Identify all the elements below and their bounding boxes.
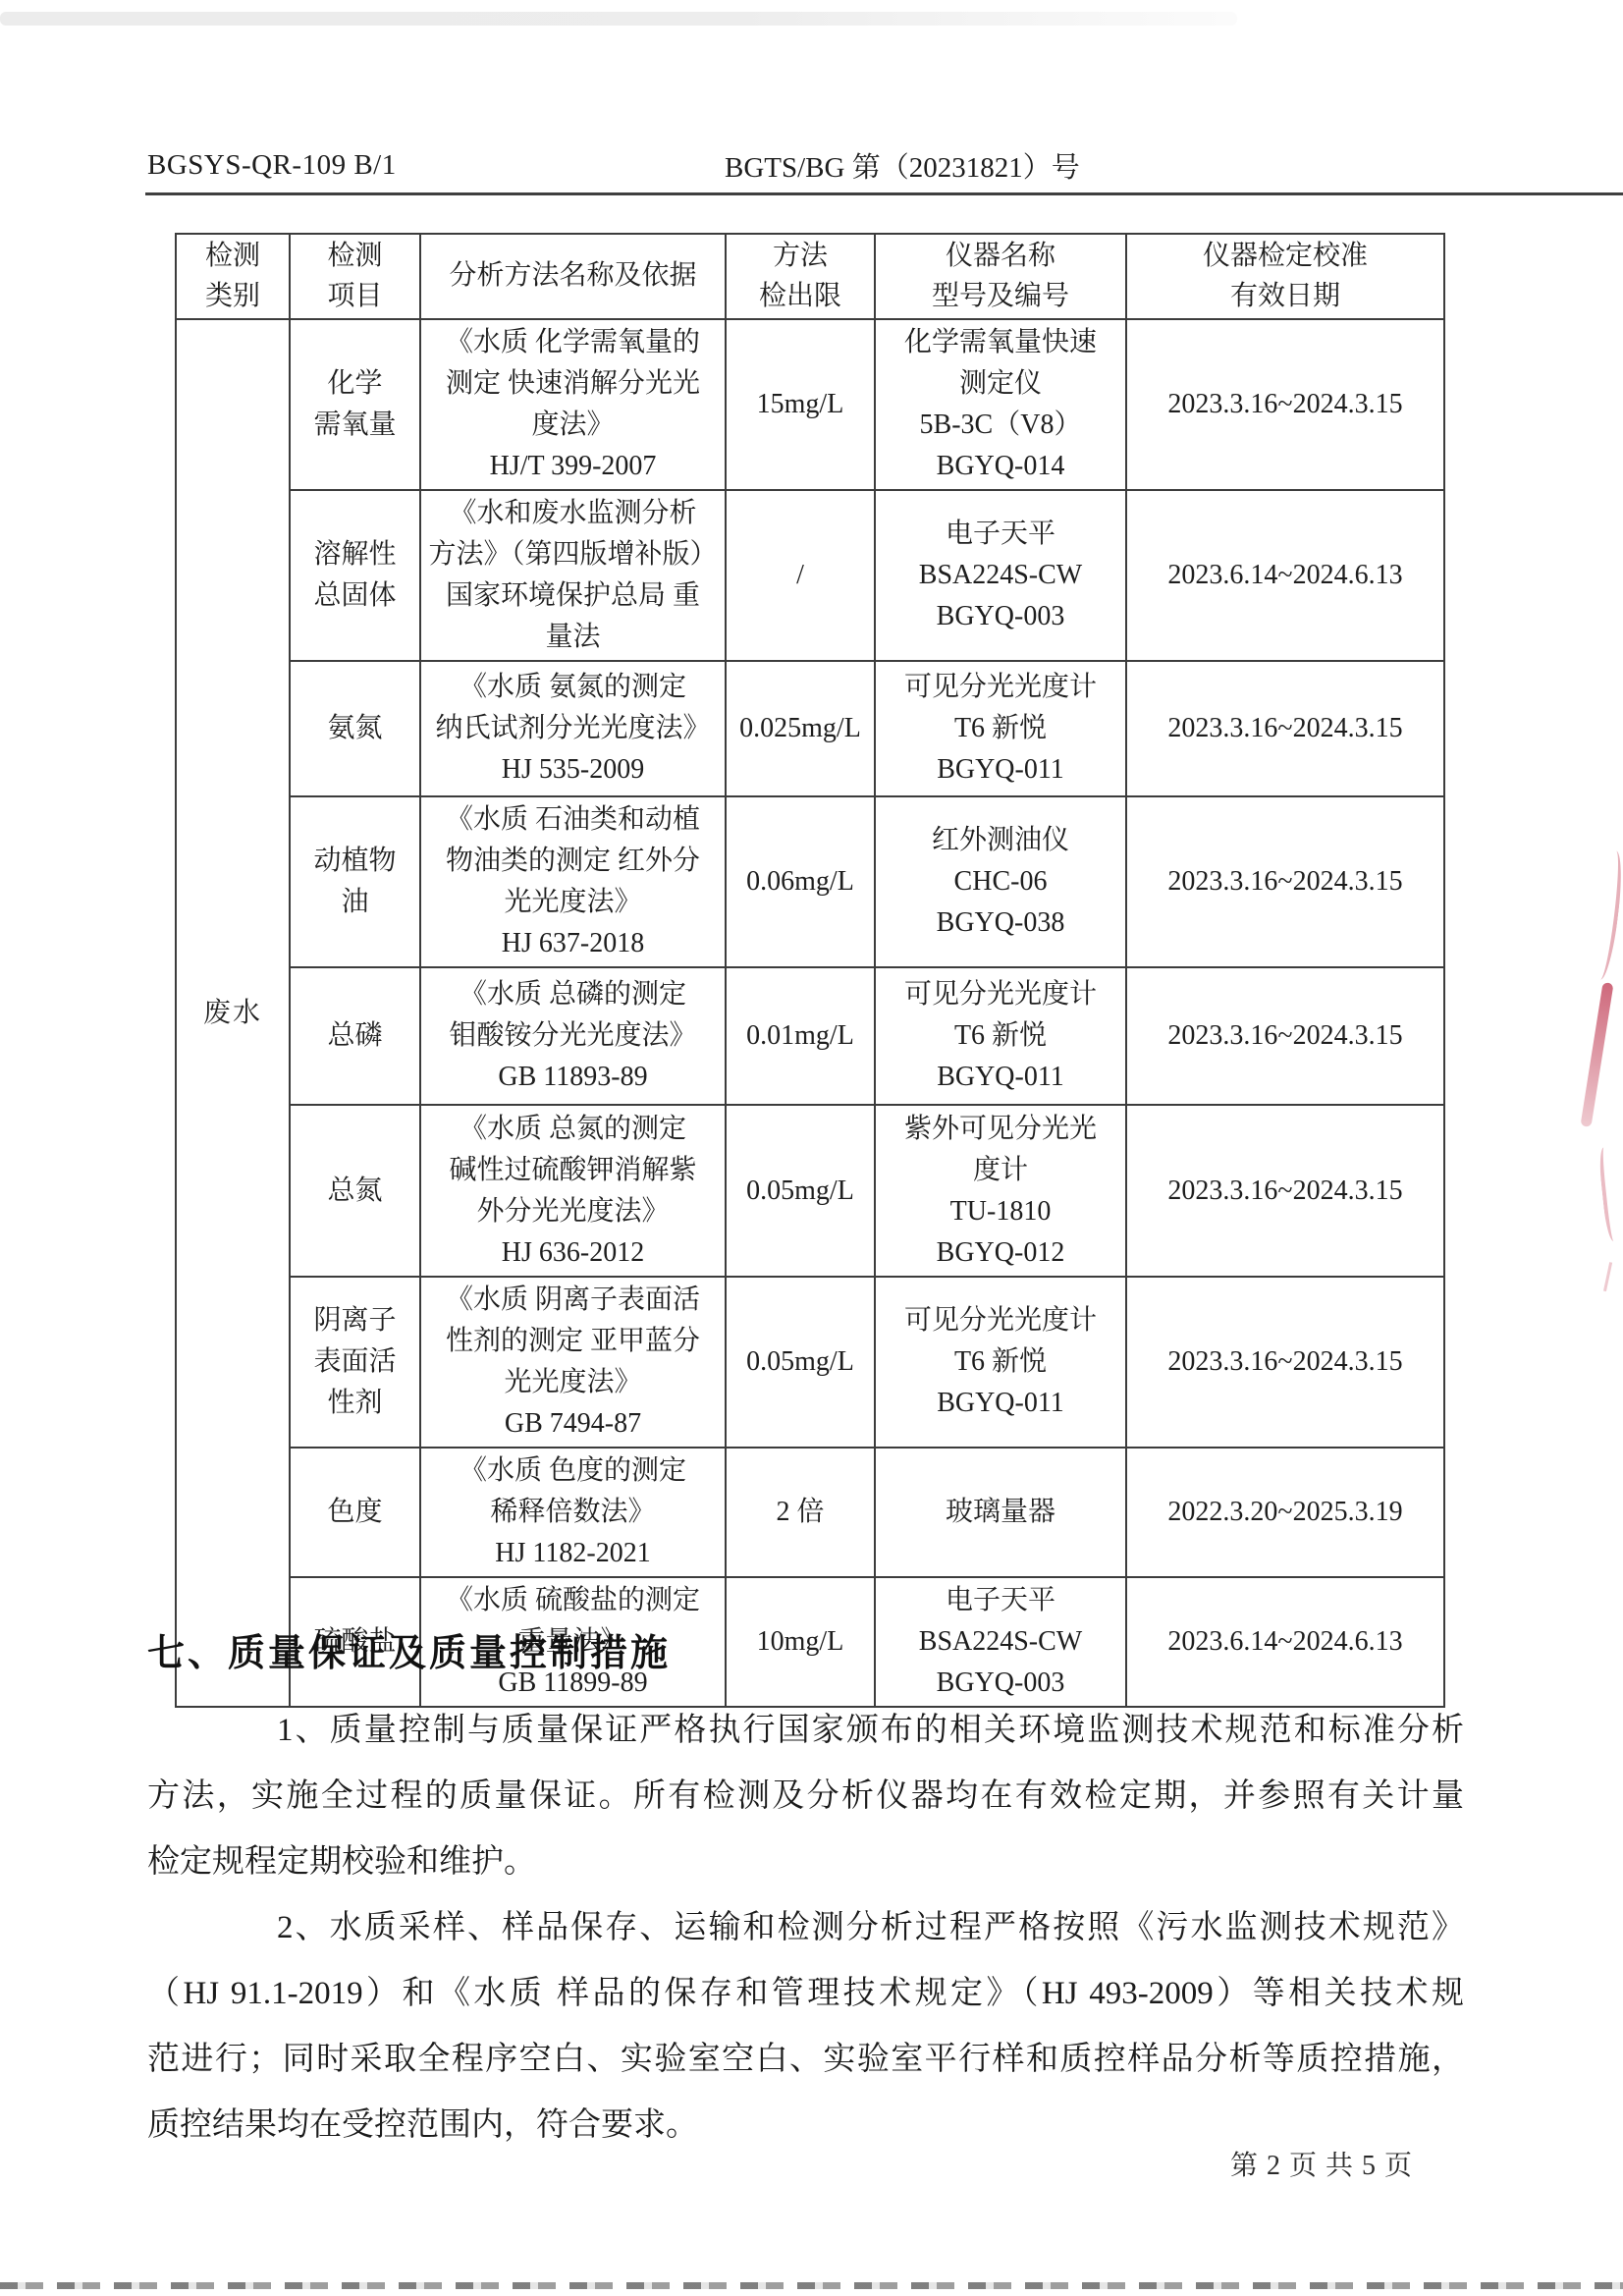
item-cell: 氨氮 <box>290 661 420 796</box>
red-ink-mark <box>1591 849 1623 980</box>
table-row: 动植物 油 《水质 石油类和动植 物油类的测定 红外分 光光度法》 HJ 637… <box>176 796 1444 967</box>
limit-cell: 10mg/L <box>726 1577 875 1707</box>
limit-cell: 0.025mg/L <box>726 661 875 796</box>
instrument-cell: 电子天平 BSA224S-CW BGYQ-003 <box>875 1577 1126 1707</box>
scan-artifact-top <box>0 12 1237 26</box>
validity-cell: 2023.3.16~2024.3.15 <box>1126 661 1444 796</box>
method-cell: 《水质 色度的测定 稀释倍数法》 HJ 1182-2021 <box>420 1448 726 1577</box>
section-heading: 七、质量保证及质量控制措施 <box>147 1622 671 1676</box>
method-cell: 《水质 化学需氧量的 测定 快速消解分光光 度法》 HJ/T 399-2007 <box>420 319 726 490</box>
limit-cell: 0.05mg/L <box>726 1105 875 1277</box>
header-item: 检测 项目 <box>290 234 420 319</box>
header-category: 检测 类别 <box>176 234 290 319</box>
paragraph-line: 方法，实施全过程的质量保证。所有检测及分析仪器均在有效检定期，并参照有关计量 <box>147 1764 1464 1830</box>
instrument-cell: 可见分光光度计 T6 新悦 BGYQ-011 <box>875 661 1126 796</box>
document-number: BGTS/BG 第（20231821）号 <box>725 145 1080 186</box>
table-row: 氨氮 《水质 氨氮的测定 纳氏试剂分光光度法》 HJ 535-2009 0.02… <box>176 661 1444 796</box>
validity-cell: 2023.3.16~2024.3.15 <box>1126 796 1444 967</box>
header-limit: 方法 检出限 <box>726 234 875 319</box>
page-number: 第 2 页 共 5 页 <box>1230 2144 1413 2183</box>
limit-cell: 2 倍 <box>726 1448 875 1577</box>
item-cell: 化学 需氧量 <box>290 319 420 490</box>
category-cell: 废水 <box>176 319 290 1707</box>
paragraph-line: 范进行；同时采取全程序空白、实验室空白、实验室平行样和质控样品分析等质控措施， <box>147 2027 1464 2093</box>
table-row: 废水 化学 需氧量 《水质 化学需氧量的 测定 快速消解分光光 度法》 HJ/T… <box>176 319 1444 490</box>
table-row: 溶解性 总固体 《水和废水监测分析 方法》（第四版增补版） 国家环境保护总局 重… <box>176 490 1444 661</box>
red-ink-mark <box>1597 1146 1623 1241</box>
limit-cell: 0.06mg/L <box>726 796 875 967</box>
table-row: 阴离子 表面活 性剂 《水质 阴离子表面活 性剂的测定 亚甲蓝分 光光度法》 G… <box>176 1277 1444 1448</box>
validity-cell: 2023.6.14~2024.6.13 <box>1126 490 1444 661</box>
item-cell: 动植物 油 <box>290 796 420 967</box>
red-ink-mark <box>1580 982 1613 1127</box>
item-cell: 溶解性 总固体 <box>290 490 420 661</box>
scan-artifact-bottom <box>0 2282 1623 2289</box>
method-cell: 《水质 氨氮的测定 纳氏试剂分光光度法》 HJ 535-2009 <box>420 661 726 796</box>
body-paragraphs: 1、质量控制与质量保证严格执行国家颁布的相关环境监测技术规范和标准分析 方法，实… <box>147 1698 1464 2159</box>
instrument-cell: 玻璃量器 <box>875 1448 1126 1577</box>
method-cell: 《水质 总氮的测定 碱性过硫酸钾消解紫 外分光光度法》 HJ 636-2012 <box>420 1105 726 1277</box>
document-code: BGSYS-QR-109 B/1 <box>147 149 397 182</box>
validity-cell: 2023.3.16~2024.3.15 <box>1126 967 1444 1105</box>
instrument-cell: 可见分光光度计 T6 新悦 BGYQ-011 <box>875 967 1126 1105</box>
method-cell: 《水质 总磷的测定 钼酸铵分光光度法》 GB 11893-89 <box>420 967 726 1105</box>
instrument-cell: 化学需氧量快速 测定仪 5B-3C（V8） BGYQ-014 <box>875 319 1126 490</box>
limit-cell: / <box>726 490 875 661</box>
instrument-cell: 红外测油仪 CHC-06 BGYQ-038 <box>875 796 1126 967</box>
item-cell: 总氮 <box>290 1105 420 1277</box>
item-cell: 色度 <box>290 1448 420 1577</box>
instrument-cell: 紫外可见分光光 度计 TU-1810 BGYQ-012 <box>875 1105 1126 1277</box>
item-cell: 阴离子 表面活 性剂 <box>290 1277 420 1448</box>
paragraph-line: 2、水质采样、样品保存、运输和检测分析过程严格按照《污水监测技术规范》 <box>147 1895 1464 1961</box>
document-page: BGSYS-QR-109 B/1 BGTS/BG 第（20231821）号 检测… <box>0 0 1623 2296</box>
method-cell: 《水质 阴离子表面活 性剂的测定 亚甲蓝分 光光度法》 GB 7494-87 <box>420 1277 726 1448</box>
limit-cell: 0.01mg/L <box>726 967 875 1105</box>
item-cell: 总磷 <box>290 967 420 1105</box>
methods-table: 检测 类别 检测 项目 分析方法名称及依据 方法 检出限 仪器名称 型号及编号 … <box>175 233 1445 1708</box>
limit-cell: 15mg/L <box>726 319 875 490</box>
paragraph-line: （HJ 91.1-2019）和《水质 样品的保存和管理技术规定》（HJ 493-… <box>147 1961 1464 2027</box>
table-row: 总氮 《水质 总氮的测定 碱性过硫酸钾消解紫 外分光光度法》 HJ 636-20… <box>176 1105 1444 1277</box>
paragraph-line: 1、质量控制与质量保证严格执行国家颁布的相关环境监测技术规范和标准分析 <box>147 1698 1464 1764</box>
method-cell: 《水质 石油类和动植 物油类的测定 红外分 光光度法》 HJ 637-2018 <box>420 796 726 967</box>
validity-cell: 2022.3.20~2025.3.19 <box>1126 1448 1444 1577</box>
header-instrument: 仪器名称 型号及编号 <box>875 234 1126 319</box>
table-header-row: 检测 类别 检测 项目 分析方法名称及依据 方法 检出限 仪器名称 型号及编号 … <box>176 234 1444 319</box>
red-ink-mark <box>1603 1262 1620 1293</box>
paragraph-line: 检定规程定期校验和维护。 <box>147 1830 1464 1895</box>
validity-cell: 2023.6.14~2024.6.13 <box>1126 1577 1444 1707</box>
header-method: 分析方法名称及依据 <box>420 234 726 319</box>
header-validity: 仪器检定校准 有效日期 <box>1126 234 1444 319</box>
limit-cell: 0.05mg/L <box>726 1277 875 1448</box>
instrument-cell: 可见分光光度计 T6 新悦 BGYQ-011 <box>875 1277 1126 1448</box>
validity-cell: 2023.3.16~2024.3.15 <box>1126 1105 1444 1277</box>
table-row: 总磷 《水质 总磷的测定 钼酸铵分光光度法》 GB 11893-89 0.01m… <box>176 967 1444 1105</box>
instrument-cell: 电子天平 BSA224S-CW BGYQ-003 <box>875 490 1126 661</box>
validity-cell: 2023.3.16~2024.3.15 <box>1126 1277 1444 1448</box>
header-divider <box>145 192 1623 195</box>
table-row: 色度 《水质 色度的测定 稀释倍数法》 HJ 1182-2021 2 倍 玻璃量… <box>176 1448 1444 1577</box>
validity-cell: 2023.3.16~2024.3.15 <box>1126 319 1444 490</box>
method-cell: 《水和废水监测分析 方法》（第四版增补版） 国家环境保护总局 重 量法 <box>420 490 726 661</box>
